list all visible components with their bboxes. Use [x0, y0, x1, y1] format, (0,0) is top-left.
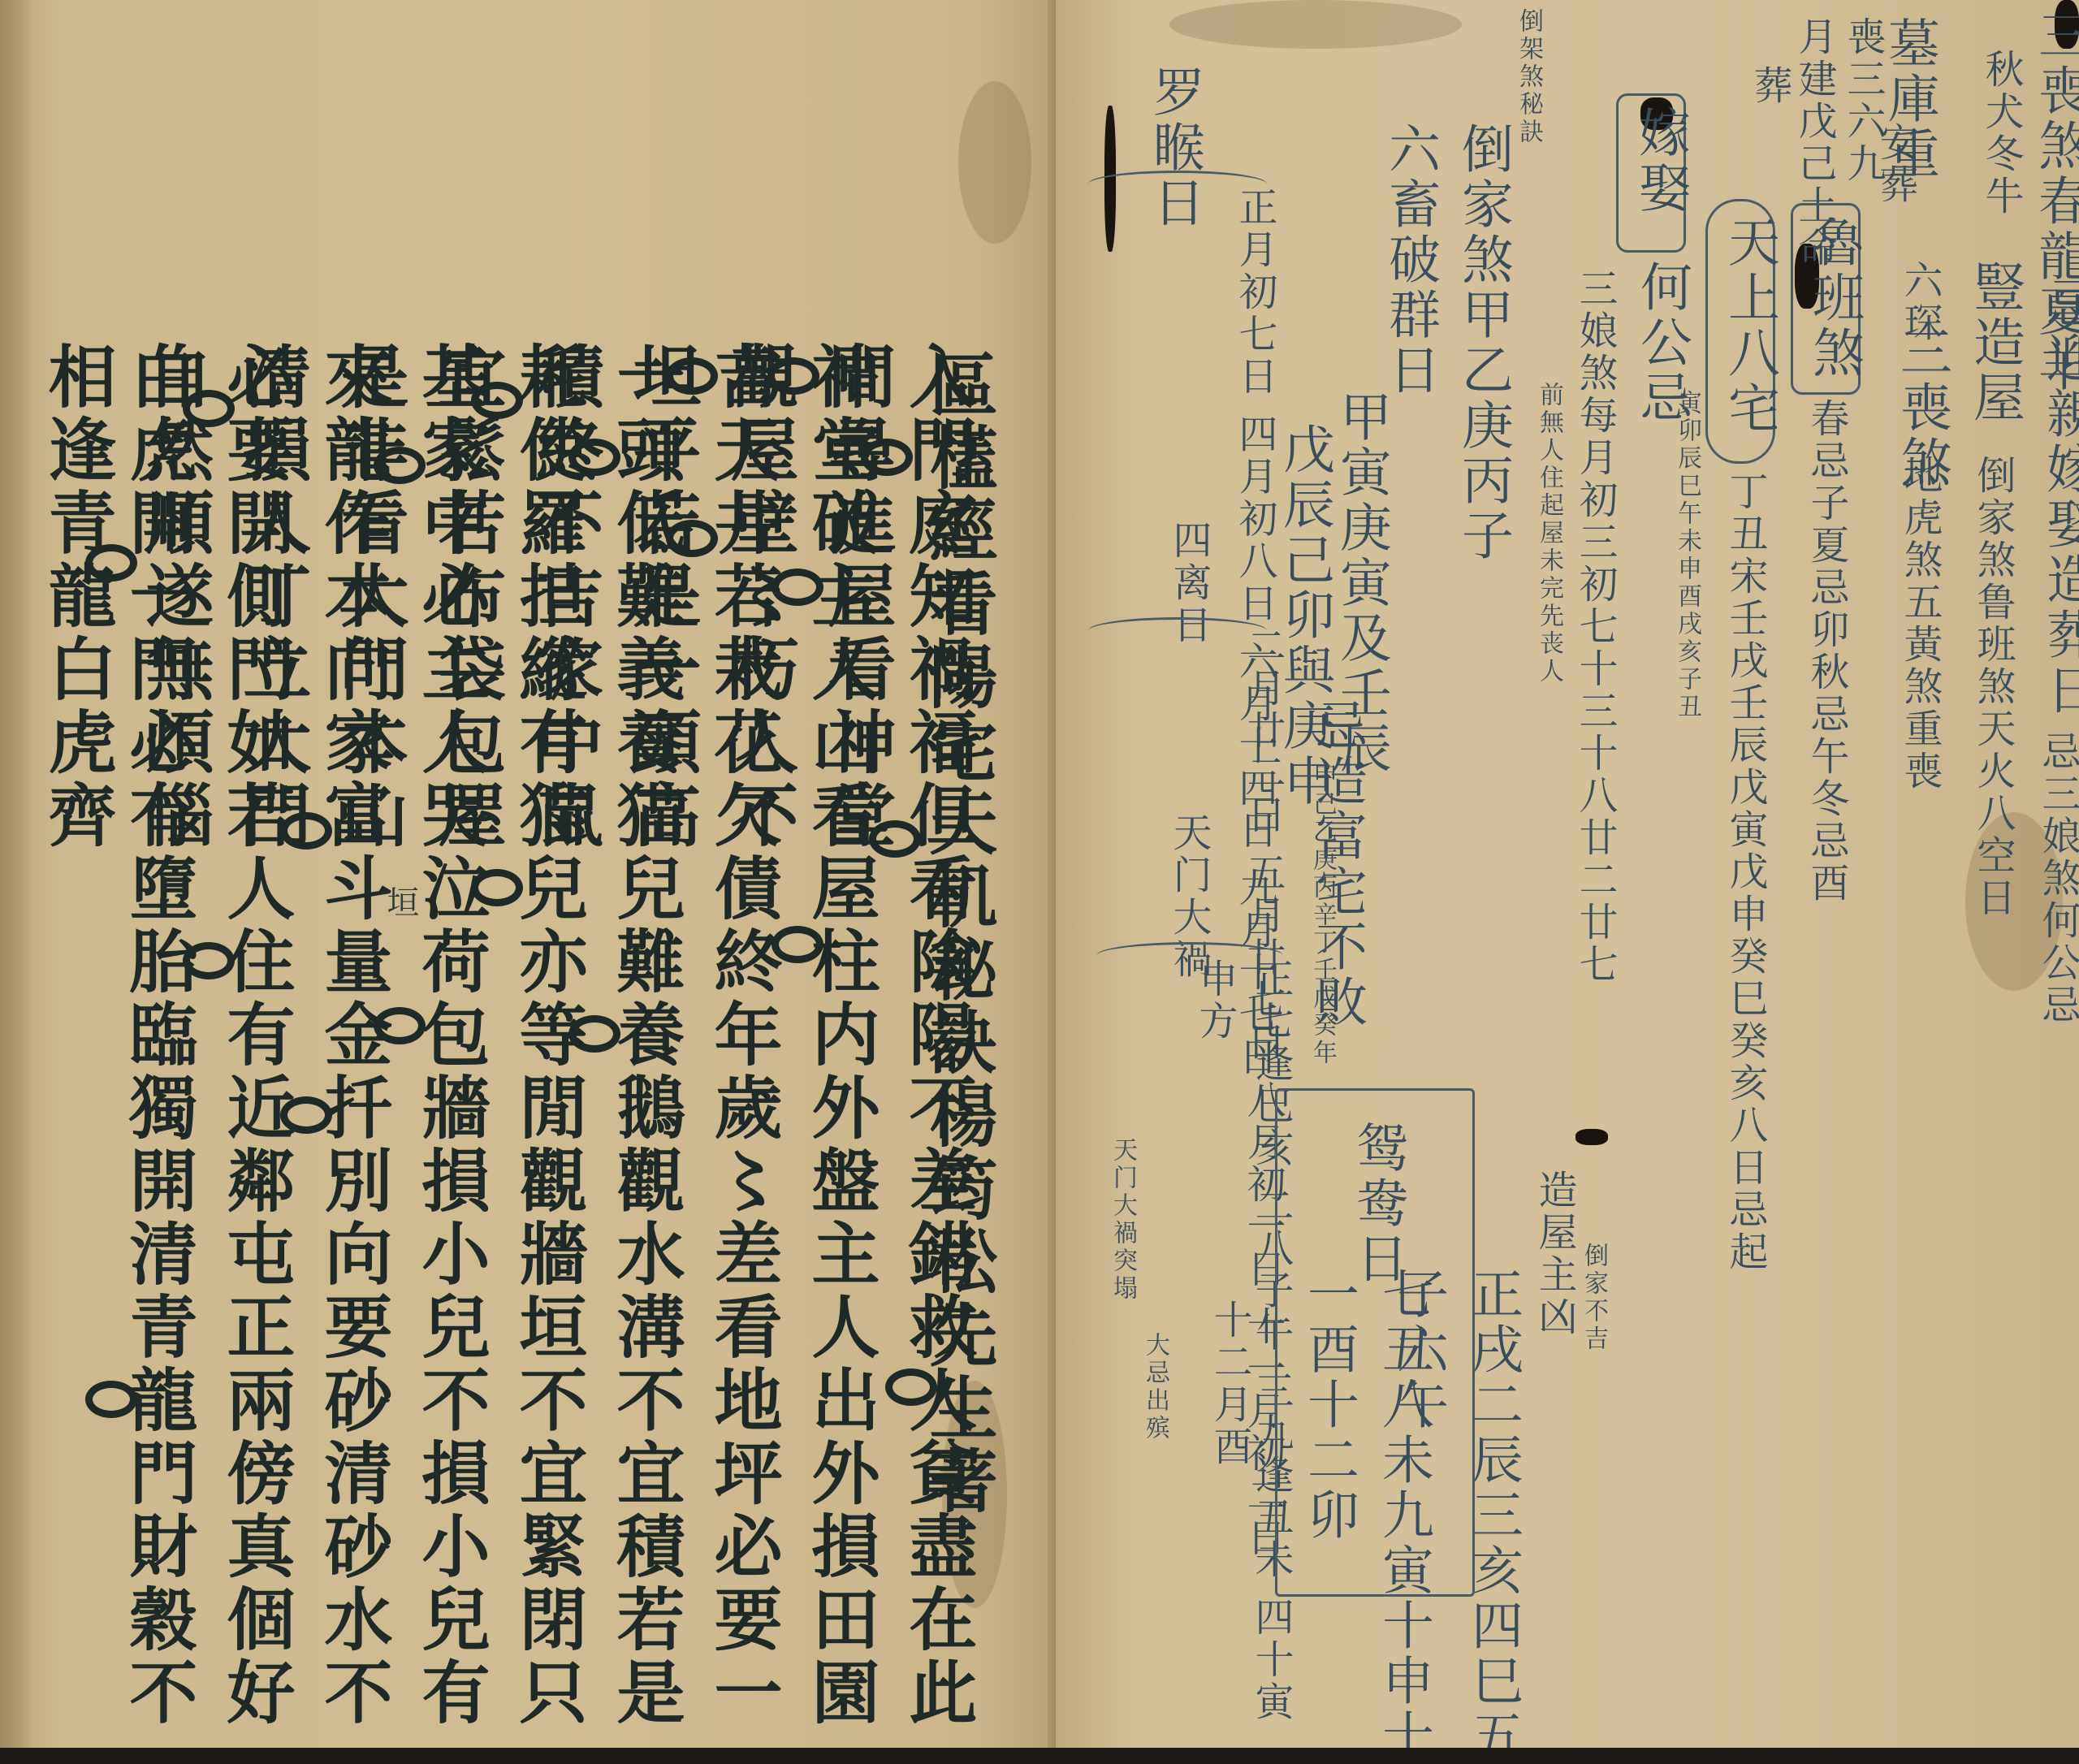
- note-dao-jia-sha: 倒家煞鲁班煞天火八空日: [1965, 455, 2021, 919]
- note-burial: 安葬: [1868, 122, 1924, 206]
- page-bottom-edge: [0, 1748, 2079, 1764]
- margin-annotation: 垣: [378, 885, 424, 918]
- note-dao-jia-inauspicious: 倒家不吉: [1575, 1243, 1611, 1353]
- punctuation-circle: [85, 544, 137, 582]
- note-building-omen: 造屋主凶: [1527, 1170, 1583, 1338]
- punctuation-circle: [183, 942, 235, 979]
- note-bury: 葬: [1742, 65, 1798, 107]
- punctuation-circle: [183, 390, 235, 427]
- note-tianmen-collapse: 天门大禍突塌: [1104, 1137, 1140, 1303]
- punctuation-circle: [772, 569, 823, 606]
- left-page: 區㯼經看陽宅天机秘訣楊筠松先生著 入門庭知禍福但看陰陽不差錯救人貧盡在此間尋進屋…: [0, 0, 1056, 1764]
- note-funeral-avoid: 大忌出殡: [1137, 1332, 1173, 1442]
- manuscript-spread: 區㯼經看陽宅天机秘訣楊筠松先生著 入門庭知禍福但看陰陽不差錯救人貧盡在此間尋進屋…: [0, 0, 2079, 1764]
- worm-hole: [1575, 1129, 1608, 1145]
- punctuation-circle: [767, 357, 819, 395]
- punctuation-circle: [772, 926, 823, 963]
- punctuation-circle: [666, 357, 718, 395]
- note-luban-sha: 魯班煞: [1796, 215, 1871, 381]
- note-yuanyang-day: 鸳鸯日: [1340, 1121, 1415, 1286]
- note-eight-days: 丁丑宋壬戌壬辰戊寅戊申癸巳癸亥八日忌起: [1718, 471, 1774, 1273]
- punctuation-circle: [280, 812, 332, 850]
- note-san-niang-sha: 三娘煞每月初三初七十三十八廿二廿七: [1567, 268, 1623, 986]
- punctuation-circle: [861, 439, 913, 476]
- punctuation-circle: [666, 520, 718, 557]
- page-edge-shadow: [0, 0, 32, 1764]
- punctuation-circle: [885, 1368, 937, 1406]
- punctuation-circle: [471, 382, 523, 419]
- note-twelfth-month: 十二月酉: [1202, 1299, 1258, 1468]
- note-avoid-wedding: 忌迎親嫁娶造葬日: [2030, 276, 2079, 718]
- punctuation-circle: [471, 869, 523, 906]
- note-sanniang-he-gong: 忌三娘煞何公忌: [2030, 731, 2079, 1027]
- note-heaven-eight: 天上八宅: [1712, 215, 1787, 436]
- note-dog-ox: 秋犬冬牛: [1973, 49, 2029, 218]
- punctuation-circle: [568, 1015, 620, 1053]
- note-yuanyang-list-2: 七丑八未九寅十申十一酉十二卯: [1291, 1267, 1441, 1764]
- note-six-livestock: 六畜破群日: [1372, 122, 1447, 398]
- note-seasonal-avoid: 春忌子夏忌卯秋忌午冬忌酉: [1799, 398, 1855, 905]
- note-earth-tiger: 地虎煞五黃煞重喪: [1892, 455, 1948, 793]
- note-dao-jia-stems: 倒家煞甲乙庚丙子: [1446, 122, 1520, 564]
- note-marriage: 嫁娶: [1623, 106, 1697, 216]
- water-stain: [1169, 0, 1462, 49]
- note-vacant-house: 前無人住起屋未完先丧人: [1531, 382, 1567, 685]
- right-page: 三喪煞春龍夏羊 秋犬冬牛 忌迎親嫁娶造葬日 忌三娘煞何公忌 墓庫重 喪三六九 安…: [1056, 0, 2079, 1764]
- note-branch-list: 寅卯辰巳午未申酉戌亥子丑: [1669, 390, 1705, 721]
- punctuation-circle: [568, 439, 620, 476]
- punctuation-circle: [280, 1096, 332, 1134]
- note-build-house: 豎造屋: [1957, 260, 2032, 426]
- punctuation-circle: [374, 1007, 426, 1044]
- note-directions: 正七逢巳亥 二八子午 三九逢丑未 四十寅申方: [1088, 958, 1299, 1764]
- note-secret-formula: 倒架煞秘訣: [1511, 8, 1546, 146]
- punctuation-circle: [869, 820, 921, 858]
- water-stain: [958, 81, 1031, 244]
- punctuation-circle: [374, 447, 426, 484]
- punctuation-circle: [85, 1381, 137, 1418]
